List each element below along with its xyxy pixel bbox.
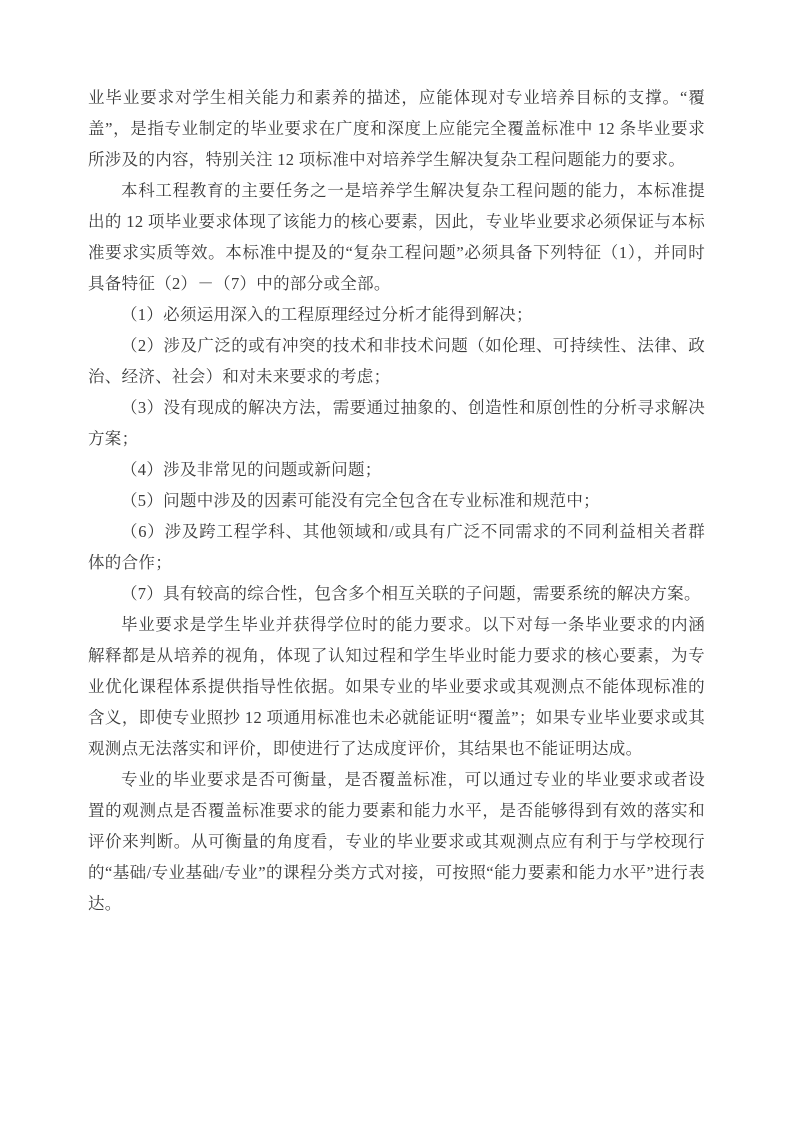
paragraph: 毕业要求是学生毕业并获得学位时的能力要求。以下对每一条毕业要求的内涵解释都是从培…	[88, 609, 705, 764]
feature-list-item: （1）必须运用深入的工程原理经过分析才能得到解决；	[88, 299, 705, 330]
document-page: 业毕业要求对学生相关能力和素养的描述，应能体现对专业培养目标的支撑。“覆盖”，是…	[0, 0, 793, 1122]
paragraph: 专业的毕业要求是否可衡量，是否覆盖标准，可以通过专业的毕业要求或者设置的观测点是…	[88, 764, 705, 919]
paragraph: 本科工程教育的主要任务之一是培养学生解决复杂工程问题的能力，本标准提出的 12 …	[88, 175, 705, 299]
paragraph: 业毕业要求对学生相关能力和素养的描述，应能体现对专业培养目标的支撑。“覆盖”，是…	[88, 82, 705, 175]
feature-list-item: （7）具有较高的综合性，包含多个相互关联的子问题，需要系统的解决方案。	[88, 578, 705, 609]
document-body: 业毕业要求对学生相关能力和素养的描述，应能体现对专业培养目标的支撑。“覆盖”，是…	[88, 82, 705, 919]
feature-list-item: （3）没有现成的解决方法，需要通过抽象的、创造性和原创性的分析寻求解决方案；	[88, 392, 705, 454]
feature-list-item: （4）涉及非常见的问题或新问题；	[88, 454, 705, 485]
feature-list-item: （2）涉及广泛的或有冲突的技术和非技术问题（如伦理、可持续性、法律、政治、经济、…	[88, 330, 705, 392]
feature-list-item: （5）问题中涉及的因素可能没有完全包含在专业标准和规范中；	[88, 485, 705, 516]
feature-list-item: （6）涉及跨工程学科、其他领域和/或具有广泛不同需求的不同利益相关者群体的合作；	[88, 516, 705, 578]
